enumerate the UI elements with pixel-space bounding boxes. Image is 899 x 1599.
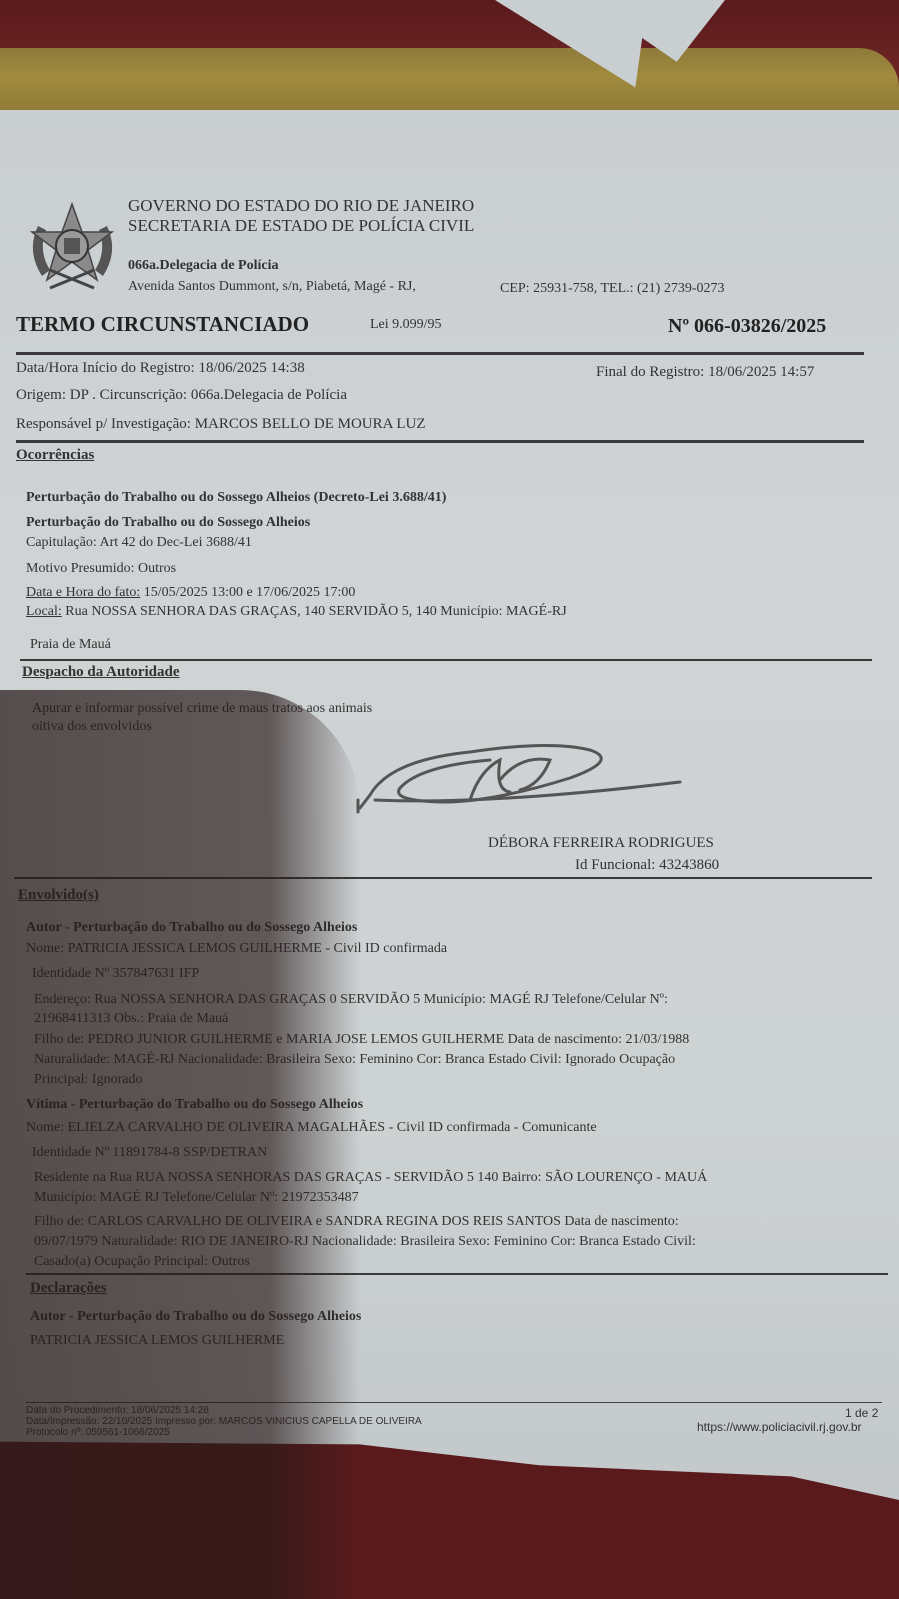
ocorrencia-local-label: Local: xyxy=(26,604,62,619)
signature xyxy=(350,730,690,820)
vitima-residencia: Residente na Rua RUA NOSSA SENHORAS DAS … xyxy=(34,1170,707,1186)
police-star-emblem-icon xyxy=(20,196,125,296)
document-title: TERMO CIRCUNSTANCIADO xyxy=(16,312,309,337)
ocorrencia-line: Perturbação do Trabalho ou do Sossego Al… xyxy=(26,490,446,506)
vitima-municipio: Município: MAGÉ RJ Telefone/Celular Nº: … xyxy=(34,1190,359,1206)
divider xyxy=(14,877,872,879)
ocorrencia-referencia: Praia de Mauá xyxy=(30,637,111,653)
background-fabric xyxy=(0,48,899,118)
autor-filiacao: Filho de: PEDRO JUNIOR GUILHERME e MARIA… xyxy=(34,1032,689,1048)
ocorrencia-data-value: 15/05/2025 13:00 e 17/06/2025 17:00 xyxy=(140,585,355,600)
background-surface-bottom xyxy=(0,1500,899,1599)
header-government: GOVERNO DO ESTADO DO RIO DE JANEIRO xyxy=(128,196,474,216)
document-law: Lei 9.099/95 xyxy=(370,317,442,333)
vitima-title: Vítima - Perturbação do Trabalho ou do S… xyxy=(26,1097,363,1113)
declaracao-nome: PATRICIA JESSICA LEMOS GUILHERME xyxy=(30,1333,284,1349)
ocorrencia-capitulacao: Capitulação: Art 42 do Dec-Lei 3688/41 xyxy=(26,535,252,551)
autor-nome: Nome: PATRICIA JESSICA LEMOS GUILHERME -… xyxy=(26,941,447,957)
document-number: Nº 066-03826/2025 xyxy=(668,315,826,338)
section-declaracoes-heading: Declarações xyxy=(30,1280,107,1297)
vitima-naturalidade: 09/07/1979 Naturalidade: RIO DE JANEIRO-… xyxy=(34,1234,696,1250)
vitima-estado-civil: Casado(a) Ocupação Principal: Outros xyxy=(34,1254,250,1270)
autor-ocupacao: Principal: Ignorado xyxy=(34,1072,142,1088)
section-despacho-heading: Despacho da Autoridade xyxy=(22,664,180,681)
autor-identidade: Identidade Nº 357847631 IFP xyxy=(32,966,199,982)
divider xyxy=(26,1273,888,1275)
header-cep-tel: CEP: 25931-758, TEL.: (21) 2739-0273 xyxy=(500,281,725,297)
autor-title: Autor - Perturbação do Trabalho ou do So… xyxy=(26,920,357,936)
declaracao-title: Autor - Perturbação do Trabalho ou do So… xyxy=(30,1309,361,1325)
ocorrencia-local-value: Rua NOSSA SENHORA DAS GRAÇAS, 140 SERVID… xyxy=(62,604,567,619)
registro-origem: Origem: DP . Circunscrição: 066a.Delegac… xyxy=(16,387,347,404)
header-delegacia: 066a.Delegacia de Polícia xyxy=(128,258,278,274)
footer-url[interactable]: https://www.policiacivil.rj.gov.br xyxy=(697,1420,862,1434)
ocorrencia-data: Data e Hora do fato: 15/05/2025 13:00 e … xyxy=(26,585,355,601)
vitima-identidade: Identidade Nº 11891784-8 SSP/DETRAN xyxy=(32,1145,267,1161)
ocorrencia-data-label: Data e Hora do fato: xyxy=(26,585,140,600)
vitima-filiacao: Filho de: CARLOS CARVALHO DE OLIVEIRA e … xyxy=(34,1214,679,1230)
footer-protocolo: Protocolo nº: 059561-1066/2025 xyxy=(26,1427,170,1438)
header-secretaria: SECRETARIA DE ESTADO DE POLÍCIA CIVIL xyxy=(128,216,474,236)
despacho-line: Apurar e informar possível crime de maus… xyxy=(32,701,372,717)
despacho-line: oitiva dos envolvidos xyxy=(32,719,152,735)
footer-procedimento: Data do Procedimento: 18/06/2025 14:28 xyxy=(26,1405,209,1416)
footer-impressao: Data/Impressão: 22/10/2025 Impresso por:… xyxy=(26,1416,422,1427)
autor-naturalidade: Naturalidade: MAGÉ-RJ Nacionalidade: Bra… xyxy=(34,1052,675,1068)
ocorrencia-line: Perturbação do Trabalho ou do Sossego Al… xyxy=(26,515,310,531)
divider xyxy=(16,440,864,443)
section-envolvidos-heading: Envolvido(s) xyxy=(18,887,99,904)
section-ocorrencias-heading: Ocorrências xyxy=(16,447,94,464)
registro-final: Final do Registro: 18/06/2025 14:57 xyxy=(596,364,814,381)
footer-divider xyxy=(26,1402,882,1403)
ocorrencia-motivo: Motivo Presumido: Outros xyxy=(26,561,176,577)
ocorrencia-local: Local: Rua NOSSA SENHORA DAS GRAÇAS, 140… xyxy=(26,604,567,620)
vitima-nome: Nome: ELIELZA CARVALHO DE OLIVEIRA MAGAL… xyxy=(26,1120,597,1136)
signer-name: DÉBORA FERREIRA RODRIGUES xyxy=(488,835,714,852)
autor-telefone-obs: 21968411313 Obs.: Praia de Mauá xyxy=(34,1011,228,1027)
registro-inicio: Data/Hora Início do Registro: 18/06/2025… xyxy=(16,360,305,377)
registro-responsavel: Responsável p/ Investigação: MARCOS BELL… xyxy=(16,416,426,433)
footer-page-number: 1 de 2 xyxy=(845,1406,878,1420)
autor-endereco: Endereço: Rua NOSSA SENHORA DAS GRAÇAS 0… xyxy=(34,992,668,1008)
divider xyxy=(20,659,872,661)
signer-id-funcional: Id Funcional: 43243860 xyxy=(575,857,719,874)
header-address: Avenida Santos Dummont, s/n, Piabetá, Ma… xyxy=(128,279,416,295)
divider xyxy=(16,352,864,355)
